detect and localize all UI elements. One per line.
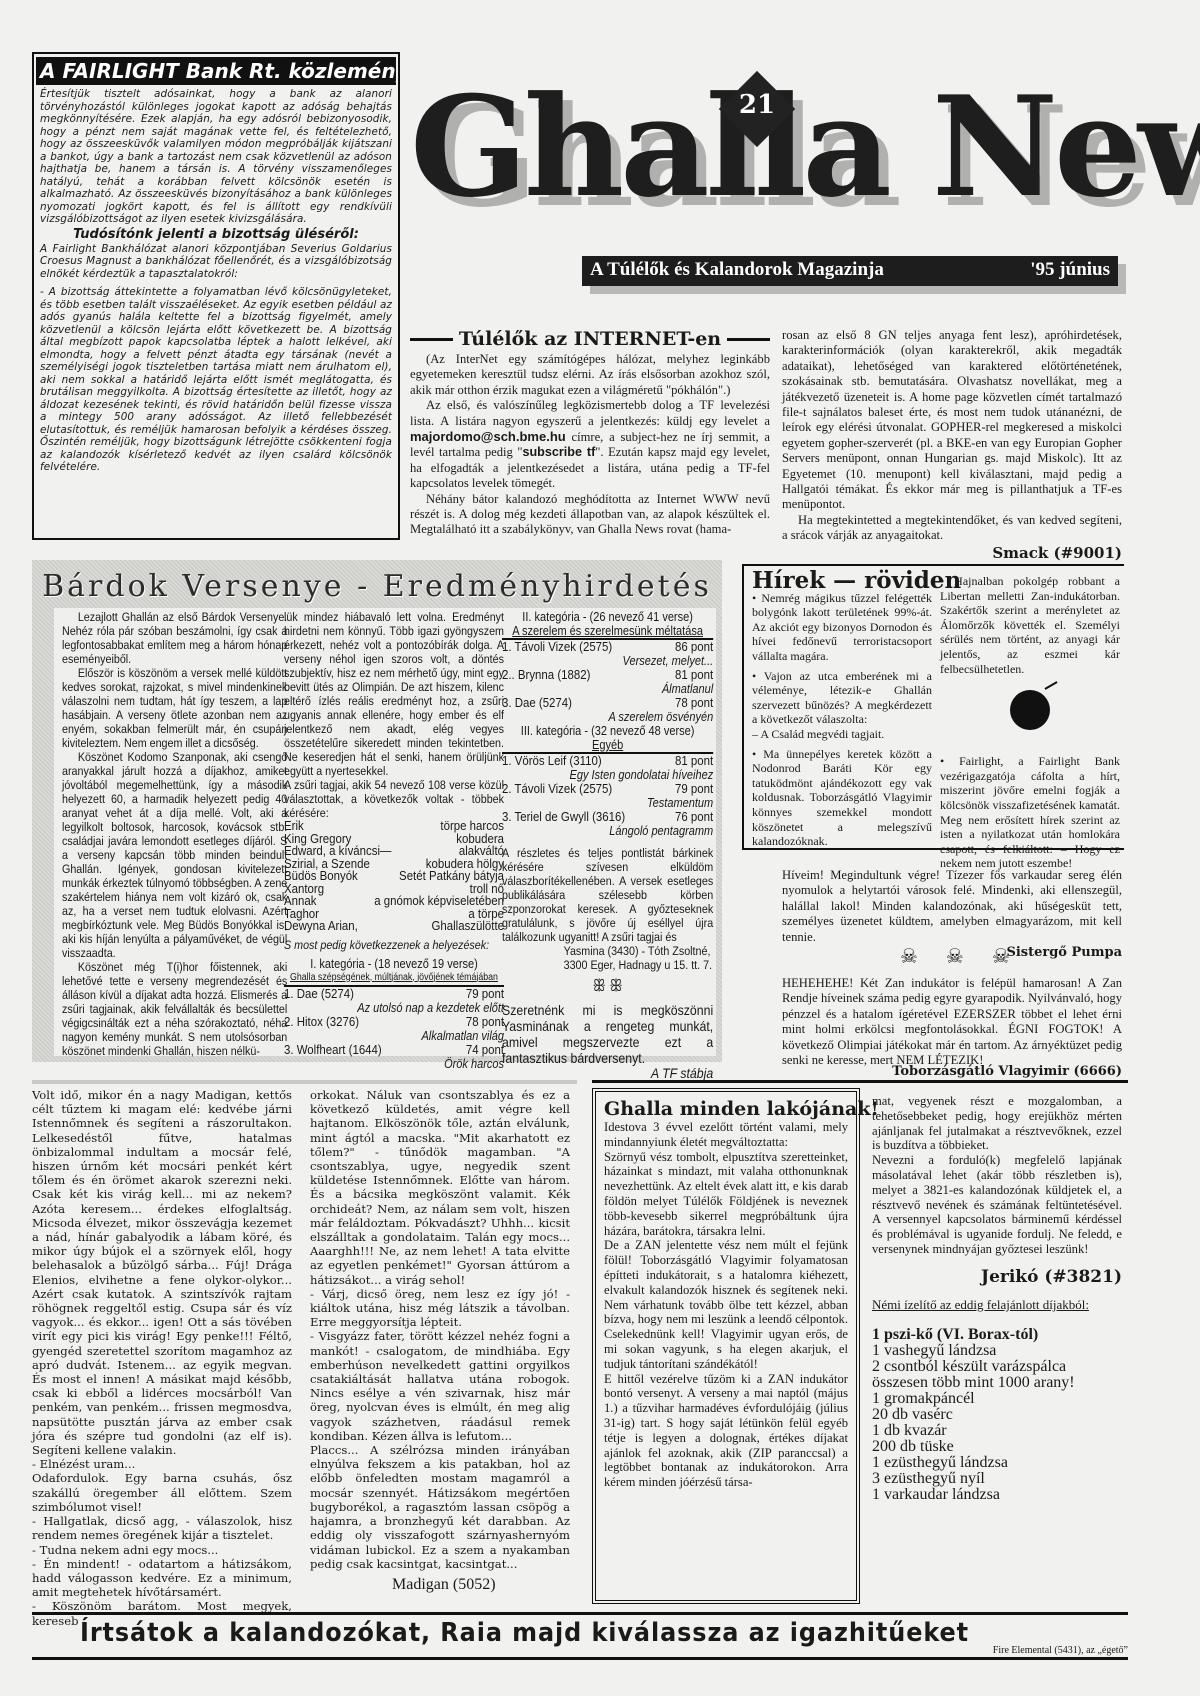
bardok-p4: Köszönet még T(i)hor főistennek, aki leh… [62,960,287,1058]
news-item: • Hajnalban pokolgép robbant a Libertan … [940,574,1120,676]
poem-title: A szerelem ösvényén [502,710,713,724]
prize-item: 1 pszi-kő (VI. Borax-tól) [872,1327,1122,1343]
poem-title: Testamentum [502,796,713,810]
prize-item: 3 ezüsthegyű nyíl [872,1471,1122,1487]
jury-row: Dewyna Arian,Ghallaszülötte [284,920,504,933]
result-row: 1. Vörös Leif (3110)81 pont [502,754,713,768]
news-briefs-col1: Hírek — röviden • Nemrég mágikus tűzzel … [752,574,932,854]
subscribe-command: subscribe tf [522,445,595,459]
masthead-tagline-bar: A Túlélők és Kalandorok Magazinja '95 jú… [582,256,1118,286]
title-rule-left [410,338,453,341]
prize-item: összesen több mint 1000 arany! [872,1375,1122,1391]
section-divider [592,1080,1128,1083]
poem-title: Egy Isten gondolatai híveihez [502,768,713,782]
ghalla-appeal-box: Ghalla minden lakójának! Idestova 3 évve… [592,1088,860,1604]
bardok-col2: lük mindez hiábavaló lett volna. Eredmén… [284,610,504,1071]
ghalla-p2: Szörnyű vész tombolt, elpusztítva szeret… [604,1150,848,1239]
ghalla-appeal: Ghalla minden lakójának! Idestova 3 évve… [592,1088,1128,1604]
internet-col2-p1: rosan az első 8 GN teljes anyaga fent le… [782,328,1122,513]
bank-notice-para3: - A bizottság áttekintette a folyamatban… [40,286,392,474]
result-row: 3. Dae (5274)78 pont [502,696,713,710]
category-3-subtitle: Egyéb [502,738,713,754]
ghalla-appeal-col2: mat, vegyenek részt e mozgalomban, a teh… [872,1094,1122,1503]
poem-title: Álmatlanul [502,682,713,696]
vlagyimir-message: HEHEHEHE! Két Zan indukátor is felépül h… [782,976,1122,1068]
bardok-p3: Köszönet Kodomo Szanponak, aki csengő ar… [62,750,287,960]
bardok-section: Bárdok Versenye - Eredményhirdetés Lezaj… [32,560,722,1062]
ghalla-appeal-title: Ghalla minden lakójának! [604,1098,848,1120]
section-divider [32,1080,577,1084]
bomb-icon [1010,690,1050,730]
prize-item: 1 ezüsthegyű lándzsa [872,1455,1122,1471]
category-2-subtitle: A szerelem és szerelmesünk méltatása [502,624,713,640]
address-line-1: Yasmina (3430) - Tóth Zsoltné, [502,944,713,958]
madigan-col2: orkokat. Náluk van csontszablya és ez a … [310,1088,570,1571]
news-item: • Vajon az utca emberének mi a véleménye… [752,669,932,727]
placements-intro: S most pedig következzenek a helyezések: [284,938,504,952]
prize-item: 2 csontból készült varázspálca [872,1359,1122,1375]
ghalla-col2-p1: mat, vegyenek részt e mozgalomban, a teh… [872,1094,1122,1153]
news-item: • Nemrég mágikus tűzzel felégették bolyg… [752,591,932,664]
masthead-date: '95 június [1030,259,1110,283]
prizes-title: Némi ízelítő az eddig felajánlott díjakb… [872,1297,1122,1313]
category-1-subtitle: Ghalla szépségének, múltjának, jövőjének… [284,971,504,987]
bardok-p1: Lezajlott Ghallán az első Bárdok Verseny… [62,610,287,666]
masthead-title: Ghalla News [410,78,1200,216]
vlagyimir-text: HEHEHEHE! Két Zan indukátor is felépül h… [782,976,1122,1068]
masthead-tagline: A Túlélők és Kalandorok Magazinja [590,259,884,283]
result-row: 1. Dae (5274)79 pont [284,987,504,1001]
bank-notice-subtitle: Tudósítónk jelenti a bizottság üléséről: [40,227,392,242]
poem-title: Versezet, melyet... [502,654,713,668]
result-row: 2. Hitox (3276)78 pont [284,1015,504,1029]
internet-article-title: Túlélők az INTERNET-en [410,328,770,350]
ghalla-p4: E hittől vezérelve tűzöm ki a ZAN induká… [604,1372,848,1490]
jury-list: Eriktörpe harcos King Gregorykobudera Ed… [284,820,504,933]
ghalla-p1: Idestova 3 évvel ezelőtt történt valami,… [604,1120,848,1150]
category-1-title: I. kategória - (18 nevező 19 verse) [284,957,504,971]
bank-notice-title: A FAIRLIGHT Bank Rt. közleménye [36,57,396,85]
internet-signature: Smack (#9001) [782,544,1122,562]
result-row: 3. Teriel de Gwyll (3616)76 pont [502,810,713,824]
news-briefs-box: Hírek — röviden • Nemrég mágikus tűzzel … [742,564,1124,850]
bardok-thanks: Szeretnénk mi is megköszönni Yasminának … [502,1002,713,1066]
prize-item: 200 db tüske [872,1439,1122,1455]
internet-title-text: Túlélők az INTERNET-en [459,328,721,350]
category-3-title: III. kategória - (32 nevező 48 verse) [502,724,713,738]
internet-p1: (Az InterNet egy számítógépes hálózat, m… [410,352,770,398]
prizes-list: 1 pszi-kő (VI. Borax-tól) 1 vashegyű lán… [872,1327,1122,1503]
bank-notice-intro: Értesítjük tisztelt adósainkat, hogy a b… [40,88,392,226]
internet-article-col2: rosan az első 8 GN teljes anyaga fent le… [782,328,1122,562]
poem-title: Örök harcos [284,1057,504,1071]
vlagyimir-signature: Toborzásgátló Vlagyimir (6666) [782,1064,1122,1079]
internet-p2: Az első, és valószínűleg legközismertebb… [410,398,770,491]
result-row: 2. Távoli Vizek (2575)79 pont [502,782,713,796]
ghalla-signature: Jerikó (#3821) [872,1267,1122,1287]
masthead: Ghalla News 21 A Túlélők és Kalandorok M… [410,60,1130,320]
email-address: majordomo@sch.bme.hu [410,429,566,444]
category-2-title: II. kategória - (26 nevező 41 verse) [502,610,713,624]
issue-number: 21 [730,90,784,120]
prize-item: 1 varkaudar lándzsa [872,1487,1122,1503]
news-briefs-title: Hírek — röviden [752,574,932,589]
prize-item: 20 db vasérc [872,1407,1122,1423]
result-row: 3. Wolfheart (1644)74 pont [284,1043,504,1057]
skull-crossbones-icon: ☠☠☠ [900,944,1038,969]
poem-title: Az utolsó nap a kezdetek előtt [284,1001,504,1015]
madigan-signature: Madigan (5052) [392,1576,496,1594]
bardok-thanks-signature: A TF stábja [502,1066,713,1080]
news-briefs-col2: • Hajnalban pokolgép robbant a Libertan … [940,574,1120,876]
internet-article: Túlélők az INTERNET-en (Az InterNet egy … [410,328,770,538]
prize-item: 1 db kvazár [872,1423,1122,1439]
bardok-col1: Lezajlott Ghallán az első Bárdok Verseny… [62,610,287,1058]
bardok-title: Bárdok Versenye - Eredményhirdetés [38,568,716,606]
madigan-col1: Volt idő, mikor én a nagy Madigan, kettő… [32,1088,292,1628]
bank-notice-box: A FAIRLIGHT Bank Rt. közleménye Értesítj… [32,52,400,540]
bank-notice-para2: A Fairlight Bankhálózat alanori központj… [40,243,392,281]
internet-col2-p2: Ha megtekintetted a megtekintendőket, és… [782,513,1122,544]
bardok-p2: Először is köszönöm a versek mellé küldö… [62,666,287,750]
internet-p3: Néhány bátor kalandozó meghódította az I… [410,492,770,538]
poem-title: Lángoló pentagramm [502,824,713,838]
footer-slogan: Írtsátok a kalandozókat, Raia majd kivál… [80,1618,969,1648]
bardok-col2-p: lük mindez hiábavaló lett volna. Eredmén… [284,610,504,778]
jury-intro: A zsűri tagjai, akik 54 nevező 108 verse… [284,778,504,820]
result-row: 2.. Brynna (1882)81 pont [502,668,713,682]
ghalla-col2-p2: Nevezni a forduló(k) megfelelő lapjának … [872,1153,1122,1257]
prize-item: 1 gromakpáncél [872,1391,1122,1407]
news-item: • Fairlight, a Fairlight Bank vezérigazg… [940,754,1120,871]
poem-title: Alkalmatlan világ [284,1029,504,1043]
address-line-2: 3300 Eger, Hadnagy u 15. tt. 7. [502,958,713,972]
prize-item: 1 vashegyű lándzsa [872,1343,1122,1359]
title-rule-right [727,338,770,341]
ornament-icon: ꕥ ꕥ [502,980,713,994]
footer-signature: Fire Elemental (5431), az „égető” [993,1645,1128,1656]
bardok-closing: A részletes és teljes pontlistát bárkine… [502,846,713,944]
sistergo-text: Híveim! Megindultunk végre! Tízezer fős … [782,868,1122,945]
news-item: – A Család megvédi tagjait. [752,727,932,742]
ghalla-p3: De a ZAN jelentette vész nem múlt el fej… [604,1238,848,1371]
news-item: • Ma ünnepélyes keretek között a Nodonro… [752,747,932,849]
bardok-col3: II. kategória - (26 nevező 41 verse) A s… [502,610,713,1080]
result-row: 1. Távoli Vizek (2575)86 pont [502,640,713,654]
